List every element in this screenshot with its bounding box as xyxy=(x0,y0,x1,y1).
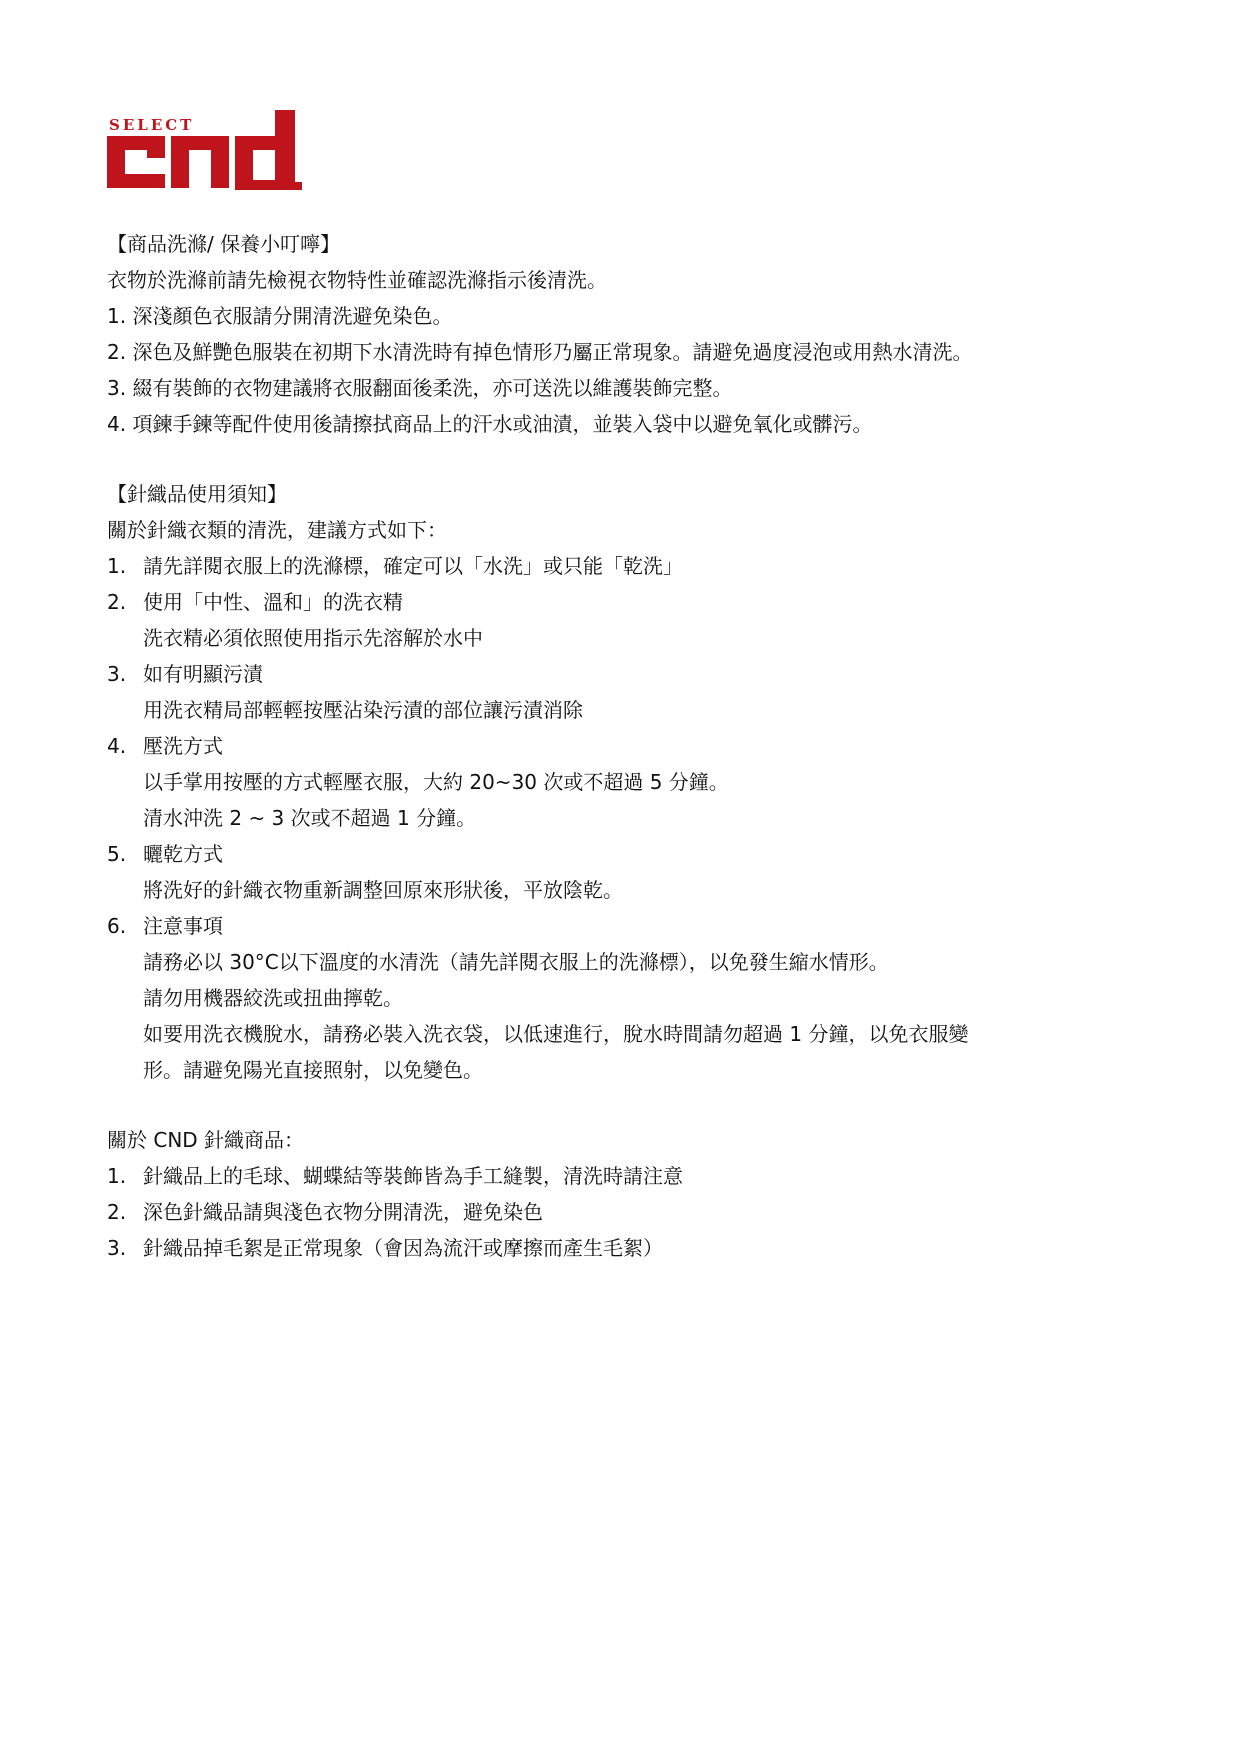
step-detail: 用洗衣精局部輕輕按壓沾染污漬的部位讓污漬消除 xyxy=(107,692,1117,728)
step-detail: 以手掌用按壓的方式輕壓衣服，大約 20~30 次或不超過 5 分鐘。 xyxy=(107,764,1117,800)
spacer xyxy=(107,442,1117,476)
section1-item: 4. 項鍊手鍊等配件使用後請擦拭商品上的汗水或油漬，並裝入袋中以避免氧化或髒污。 xyxy=(107,406,1117,442)
item-number: 3. xyxy=(107,1230,143,1266)
section1-item: 1. 深淺顏色衣服請分開清洗避免染色。 xyxy=(107,298,1117,334)
step-title: 壓洗方式 xyxy=(143,734,223,758)
item-text: 針織品上的毛球、蝴蝶結等裝飾皆為手工縫製，清洗時請注意 xyxy=(143,1164,683,1188)
step-1: 1.請先詳閱衣服上的洗滌標，確定可以「水洗」或只能「乾洗」 xyxy=(107,548,1117,584)
step-3: 3.如有明顯污漬 xyxy=(107,656,1117,692)
step-title: 注意事項 xyxy=(143,914,223,938)
cnd-knit-item: 1.針織品上的毛球、蝴蝶結等裝飾皆為手工縫製，清洗時請注意 xyxy=(107,1158,1117,1194)
spacer xyxy=(107,1088,1117,1122)
document-body: 【商品洗滌/ 保養小叮嚀】 衣物於洗滌前請先檢視衣物特性並確認洗滌指示後清洗。 … xyxy=(107,226,1117,1266)
item-text: 深色針織品請與淺色衣物分開清洗，避免染色 xyxy=(143,1200,543,1224)
logo-select-text: SELECT xyxy=(109,116,194,134)
item-text: 針織品掉毛絮是正常現象（會因為流汗或摩擦而產生毛絮） xyxy=(143,1236,663,1260)
step-5: 5.曬乾方式 xyxy=(107,836,1117,872)
section1-intro: 衣物於洗滌前請先檢視衣物特性並確認洗滌指示後清洗。 xyxy=(107,262,1117,298)
step-detail: 將洗好的針織衣物重新調整回原來形狀後，平放陰乾。 xyxy=(107,872,1117,908)
step-detail: 洗衣精必須依照使用指示先溶解於水中 xyxy=(107,620,1117,656)
step-detail: 請勿用機器絞洗或扭曲擰乾。 xyxy=(107,980,1117,1016)
brand-logo: SELECT xyxy=(107,108,302,192)
step-title: 曬乾方式 xyxy=(143,842,223,866)
section1-title: 【商品洗滌/ 保養小叮嚀】 xyxy=(107,226,1117,262)
step-4: 4.壓洗方式 xyxy=(107,728,1117,764)
section2-intro: 關於針織衣類的清洗，建議方式如下： xyxy=(107,512,1117,548)
step-detail: 形。請避免陽光直接照射，以免變色。 xyxy=(107,1052,1117,1088)
step-number: 4. xyxy=(107,728,143,764)
step-detail: 清水沖洗 2 ~ 3 次或不超過 1 分鐘。 xyxy=(107,800,1117,836)
step-title: 使用「中性、溫和」的洗衣精 xyxy=(143,590,403,614)
step-number: 6. xyxy=(107,908,143,944)
cnd-knit-item: 2.深色針織品請與淺色衣物分開清洗，避免染色 xyxy=(107,1194,1117,1230)
cnd-knit-item: 3.針織品掉毛絮是正常現象（會因為流汗或摩擦而產生毛絮） xyxy=(107,1230,1117,1266)
step-6: 6.注意事項 xyxy=(107,908,1117,944)
step-number: 1. xyxy=(107,548,143,584)
section1-item: 2. 深色及鮮艷色服裝在初期下水清洗時有掉色情形乃屬正常現象。請避免過度浸泡或用… xyxy=(107,334,1117,370)
item-number: 1. xyxy=(107,1158,143,1194)
section3-intro: 關於 CND 針織商品： xyxy=(107,1122,1117,1158)
step-number: 2. xyxy=(107,584,143,620)
step-number: 3. xyxy=(107,656,143,692)
step-title: 請先詳閱衣服上的洗滌標，確定可以「水洗」或只能「乾洗」 xyxy=(143,554,683,578)
item-number: 2. xyxy=(107,1194,143,1230)
section1-item: 3. 綴有裝飾的衣物建議將衣服翻面後柔洗，亦可送洗以維護裝飾完整。 xyxy=(107,370,1117,406)
section2-title: 【針織品使用須知】 xyxy=(107,476,1117,512)
step-2: 2.使用「中性、溫和」的洗衣精 xyxy=(107,584,1117,620)
step-detail: 如要用洗衣機脫水，請務必裝入洗衣袋，以低速進行，脫水時間請勿超過 1 分鐘，以免… xyxy=(107,1016,1117,1052)
step-title: 如有明顯污漬 xyxy=(143,662,263,686)
step-detail: 請務必以 30°C以下溫度的水清洗（請先詳閱衣服上的洗滌標），以免發生縮水情形。 xyxy=(107,944,1117,980)
step-number: 5. xyxy=(107,836,143,872)
